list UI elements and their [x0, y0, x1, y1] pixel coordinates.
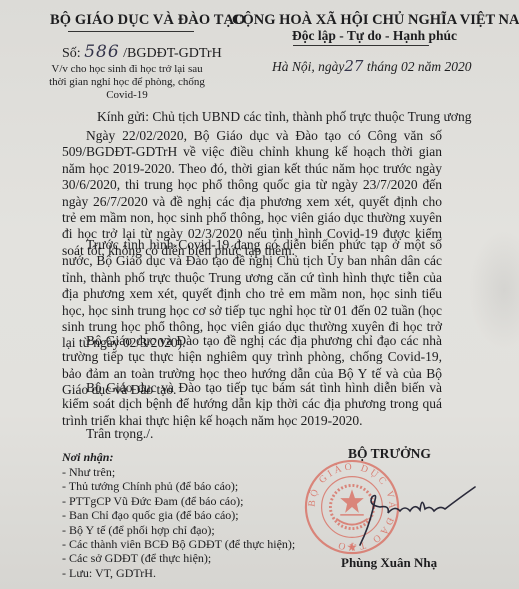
document-number: Số: 586 /BGDĐT-GDTrH [62, 42, 222, 62]
paper-shadow [469, 230, 519, 350]
cc-item: - Ban Chỉ đạo quốc gia (để báo cáo); [62, 508, 295, 522]
national-motto: Độc lập - Tự do - Hạnh phúc [292, 28, 457, 44]
day-handwritten: 27 [344, 57, 363, 75]
cc-item: - Lưu: VT, GDTrH. [62, 566, 295, 580]
cc-list: - Như trên; - Thủ tướng Chính phủ (để bá… [62, 465, 295, 580]
cc-title: Nơi nhận: [62, 450, 113, 465]
cc-item: - Các sở GDĐT (để thực hiện); [62, 551, 295, 565]
place-suffix: tháng 02 năm 2020 [367, 59, 472, 74]
handwritten-signature-icon [350, 475, 480, 555]
doc-number-prefix: Số: [62, 46, 81, 61]
place-prefix: Hà Nội, ngày [272, 59, 344, 74]
cc-item: - Các thành viên BCĐ Bộ GDĐT (để thực hi… [62, 537, 295, 551]
official-letter: BỘ GIÁO DỤC VÀ ĐÀO TẠO CỘNG HOÀ XÃ HỘI C… [0, 0, 519, 589]
recipient-line: Kính gửi: Chủ tịch UBND các tỉnh, thành … [97, 109, 471, 125]
issuing-agency: BỘ GIÁO DỤC VÀ ĐÀO TẠO [50, 12, 245, 29]
place-date: Hà Nội, ngày27 tháng 02 năm 2020 [272, 57, 471, 75]
body-paragraph-4: Bộ Giáo dục và Đào tạo tiếp tục bám sát … [62, 380, 442, 429]
closing-regards: Trân trọng./. [86, 426, 153, 442]
doc-number-handwritten: 586 [84, 42, 119, 62]
paragraph-text: Bộ Giáo dục và Đào tạo tiếp tục bám sát … [62, 380, 442, 429]
national-title: CỘNG HOÀ XÃ HỘI CHỦ NGHĨA VIỆT NAM [232, 12, 519, 29]
cc-item: - Bộ Y tế (để phối hợp chỉ đạo); [62, 523, 295, 537]
cc-item: - Như trên; [62, 465, 295, 479]
signer-name: Phùng Xuân Nhạ [341, 555, 437, 571]
cc-item: - PTTgCP Vũ Đức Đam (để báo cáo); [62, 494, 295, 508]
motto-underline [293, 45, 429, 46]
document-subject: V/v cho học sinh đi học trở lại sau thời… [47, 63, 207, 102]
agency-underline [68, 31, 194, 32]
doc-number-suffix: /BGDĐT-GDTrH [123, 46, 222, 61]
cc-item: - Thủ tướng Chính phủ (để báo cáo); [62, 479, 295, 493]
